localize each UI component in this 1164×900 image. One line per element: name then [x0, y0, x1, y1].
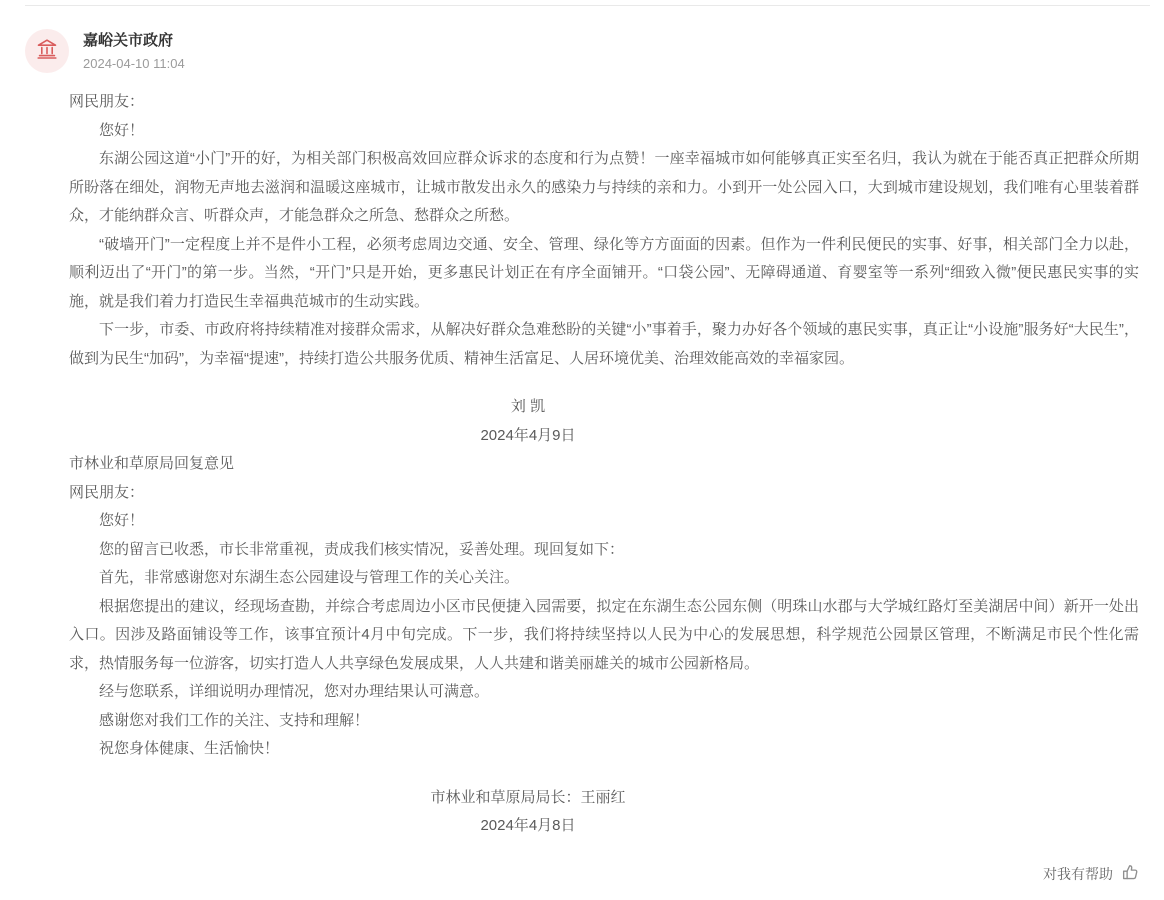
- reply2-section-title: 市林业和草原局回复意见: [69, 450, 1139, 479]
- author-name: 嘉峪关市政府: [83, 32, 185, 50]
- reply1-signature-name: 刘 凯: [69, 393, 987, 422]
- reply2-greeting: 您好！: [69, 507, 1139, 536]
- letter-body: 网民朋友： 您好！ 东湖公园这道“小门”开的好，为相关部门积极高效回应群众诉求的…: [69, 88, 1139, 841]
- reply2-paragraph: 您的留言已收悉，市长非常重视，责成我们核实情况，妥善处理。现回复如下：: [69, 536, 1139, 565]
- reply1-paragraph: 下一步，市委、市政府将持续精准对接群众需求，从解决好群众急难愁盼的关键“小”事着…: [69, 316, 1139, 373]
- reply2-paragraph: 根据您提出的建议，经现场查勘，并综合考虑周边小区市民便捷入园需要，拟定在东湖生态…: [69, 593, 1139, 679]
- top-divider: [25, 5, 1150, 6]
- reply1-signature-date: 2024年4月9日: [69, 422, 987, 451]
- helpful-label: 对我有帮助: [1043, 864, 1113, 884]
- reply-page: { "colors": { "accent": "#d95c5c", "avat…: [0, 0, 1164, 900]
- reply2-signature-date: 2024年4月8日: [69, 812, 987, 841]
- helpful-button[interactable]: 对我有帮助: [1043, 863, 1139, 885]
- post-header: 嘉峪关市政府 2024-04-10 11:04: [25, 29, 185, 73]
- reply2-salutation: 网民朋友：: [69, 479, 1139, 508]
- reply2-signature-name: 市林业和草原局局长：王丽红: [69, 784, 987, 813]
- reply2-paragraph: 感谢您对我们工作的关注、支持和理解！: [69, 707, 1139, 736]
- reply2-paragraph: 祝您身体健康、生活愉快！: [69, 735, 1139, 764]
- reply1-greeting: 您好！: [69, 117, 1139, 146]
- reply1-paragraph: 东湖公园这道“小门”开的好，为相关部门积极高效回应群众诉求的态度和行为点赞！一座…: [69, 145, 1139, 231]
- reply2-paragraph: 首先，非常感谢您对东湖生态公园建设与管理工作的关心关注。: [69, 564, 1139, 593]
- post-meta: 嘉峪关市政府 2024-04-10 11:04: [83, 29, 185, 72]
- reply1-paragraph: “破墙开门”一定程度上并不是件小工程，必须考虑周边交通、安全、管理、绿化等方方面…: [69, 231, 1139, 317]
- reply1-signature: 刘 凯 2024年4月9日: [69, 393, 987, 450]
- reply2-signature: 市林业和草原局局长：王丽红 2024年4月8日: [69, 784, 987, 841]
- avatar: [25, 29, 69, 73]
- government-building-icon: [35, 37, 59, 66]
- reply1-salutation: 网民朋友：: [69, 88, 1139, 117]
- post-timestamp: 2024-04-10 11:04: [83, 56, 185, 72]
- thumbs-up-icon: [1120, 863, 1139, 885]
- reply2-paragraph: 经与您联系，详细说明办理情况，您对办理结果认可满意。: [69, 678, 1139, 707]
